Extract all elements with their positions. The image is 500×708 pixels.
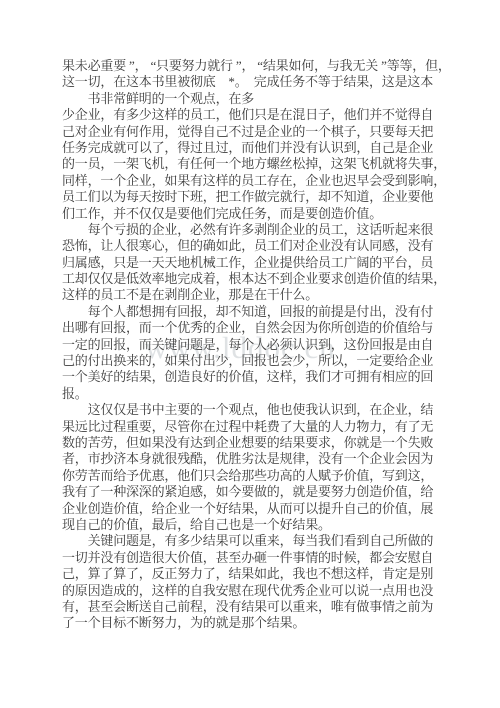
- text-line: 的一员，一架飞机，有任何一个地方螺丝松掉，这架飞机就将失事，: [62, 156, 452, 172]
- text-line: 一切并没有创造很大价值，甚至办砸一件事情的时候，都会安慰自: [62, 550, 452, 566]
- text-line: 我有了一种深深的紧迫感，如今要做的，就是要努力创造价值，给: [62, 484, 452, 500]
- text-line: 企业创造价值，给企业一个好结果，从而可以提升自己的价值，展: [62, 501, 452, 517]
- text-line: 果未必重要 ”， “只要努力就行 ”， “结果如何，与我无关 ”等等，但，: [62, 58, 452, 74]
- text-line: 者，市抄济本身就很残酷，优胜劣汰是规律，没有一个企业会因为: [62, 451, 452, 467]
- text-line: 己的付出换来的，如果付出少，回报也会少，所以，一定要给企业: [62, 353, 452, 369]
- text-line: 归属感，只是一天天地机械工作，企业提供给员工广阔的平台，员: [62, 255, 452, 271]
- text-line: 这一切，在这本书里被彻底 *。 完成任务不等于结果，这是这本: [62, 74, 452, 90]
- document-text-block: 果未必重要 ”， “只要努力就行 ”， “结果如何，与我无关 ”等等，但，这一切…: [62, 58, 452, 632]
- text-line: 每个亏损的企业，必然有许多剥削企业的员工，这话听起来很: [62, 222, 452, 238]
- text-line: 了一个目标不断努力，为的就是那个结果。: [62, 615, 452, 631]
- text-line: 有，甚至会断送自己前程，没有结果可以重来，唯有做事情之前为: [62, 599, 452, 615]
- text-line: 报。: [62, 386, 452, 402]
- document-page: www.lddoc.cn 果未必重要 ”， “只要努力就行 ”， “结果如何，与…: [0, 0, 500, 708]
- text-line: 这仅仅是书中主要的一个观点，他也使我认识到，在企业，结: [62, 402, 452, 418]
- text-line: 工却仅仅是低效率地完成着，根本达不到企业要求创造价值的结果，: [62, 271, 452, 287]
- text-line: 任务完成就可以了，得过且过，而他们并没有认识到，自己是企业: [62, 140, 452, 156]
- text-line: 的原因造成的，这样的自我安慰在现代优秀企业可以说一点用也没: [62, 583, 452, 599]
- text-line: 每个人都想拥有回报，却不知道，回报的前提是付出，没有付: [62, 304, 452, 320]
- text-line: 们工作，并不仅仅是要他们完成任务，而是要创造价值。: [62, 206, 452, 222]
- text-line: 己，算了算了，反正努力了，结果如此，我也不想这样，肯定是别: [62, 566, 452, 582]
- text-line: 少企业，有多少这样的员工，他们只是在混日子，他们并不觉得自: [62, 107, 452, 123]
- text-line: 这样的员工不是在剥削企业，那是在干什么。: [62, 287, 452, 303]
- text-line: 一个美好的结果，创造良好的价值，这样，我们才可拥有相应的回: [62, 369, 452, 385]
- text-line: 你劳苦而给予优惠，他们只会给那些功高的人赋予价值，写到这，: [62, 468, 452, 484]
- text-line: 出哪有回报，而一个优秀的企业，自然会因为你所创造的价值给与: [62, 320, 452, 336]
- text-line: 恐怖，让人很寒心，但的确如此，员工们对企业没有认同感，没有: [62, 238, 452, 254]
- text-line: 数的苦劳，但如果没有达到企业想要的结果要求，你就是一个失败: [62, 435, 452, 451]
- text-line: 员工们以为每天按时下班，把工作做完就行，却不知道，企业要他: [62, 189, 452, 205]
- text-line: 果远比过程重要，尽管你在过程中耗费了大量的人力物力，有了无: [62, 419, 452, 435]
- text-line: 同样，一个企业，如果有这样的员工存在，企业也迟早会受到影响，: [62, 173, 452, 189]
- text-line: 一定的回报，而关键问题是，每个人必须认识到，这份回报是由自: [62, 337, 452, 353]
- text-line: 关键问题是，有多少结果可以重来，每当我们看到自己所做的: [62, 533, 452, 549]
- text-line: 书非常鲜明的一个观点，在多: [62, 91, 452, 107]
- text-line: 己对企业有何作用，觉得自己不过是企业的一个棋子，只要每天把: [62, 124, 452, 140]
- text-line: 现自己的价值，最后，给自己也是一个好结果。: [62, 517, 452, 533]
